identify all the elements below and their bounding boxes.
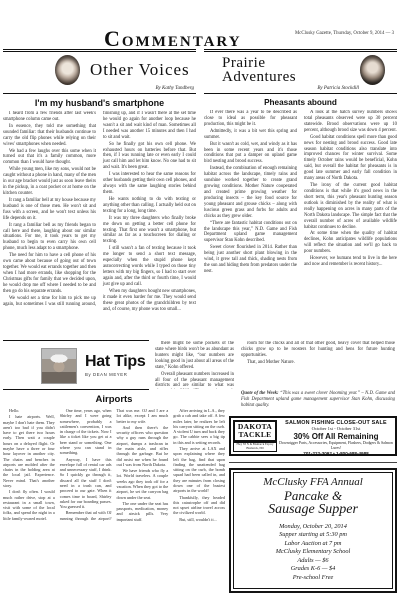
- ad-dakota-tackle: DAKOTA TACKLE Hwy 83 N & Bismarck Expwy …: [229, 416, 397, 456]
- paragraph: I heard from a few friends after last we…: [3, 111, 96, 123]
- paragraph: At some time when the quality of habitat…: [304, 231, 397, 255]
- paragraph: But it wasn't as cold, wet, and windy as…: [204, 142, 297, 166]
- other-voices-masthead: Other Voices By Kathy Tandberg: [3, 49, 196, 94]
- article-headline: I'm my husband's smartphone: [3, 98, 196, 108]
- ads-column: DAKOTA TACKLE Hwy 83 N & Bismarck Expwy …: [229, 392, 397, 593]
- ad-phone-numbers: 701-222-3092 • 1-800-688-4988: [279, 451, 393, 456]
- ad-title-line: Sausage Supper: [236, 502, 390, 517]
- paragraph: The need for him to have a cell phone of…: [3, 253, 96, 294]
- dakota-address: Hwy 83 N & Bismarck Expwy Bismarck, ND: [233, 442, 277, 452]
- ad-details: Monday, October 20, 2014 Supper starting…: [236, 523, 390, 583]
- paragraph: The one under the seat has passports, me…: [117, 501, 169, 522]
- ad-items: Downrigger Parts, Accessories, Equipment…: [279, 441, 393, 450]
- ad-title-line: McClusky FFA Annual: [236, 477, 390, 489]
- hat-tips-masthead: Hat Tips By DEAN MEYER: [3, 340, 149, 390]
- paragraph: While young men, like my sons, would not…: [3, 167, 96, 197]
- paragraph: But, still, wouldn't it...: [173, 517, 225, 522]
- paragraph: I don't fly often. I would much rather d…: [3, 489, 55, 521]
- paragraph: Anyway, I have this envelope full of ren…: [60, 457, 112, 510]
- article-body: If ever there was a year to be described…: [204, 110, 397, 334]
- masthead-title: Prairie Adventures: [222, 56, 296, 85]
- dateline: McClusky Gazette, Thursday, October 9, 2…: [295, 31, 394, 36]
- article-headline: Airports: [3, 394, 225, 405]
- masthead-title: Other Voices: [90, 62, 190, 78]
- ad-offer: 30% Off All Remaining: [279, 432, 393, 441]
- paragraph: If ever there was a year to be described…: [204, 110, 297, 128]
- bottom-band: Airports Hello.I hate airports. Well, ma…: [3, 392, 397, 593]
- paragraph: The irony of the current good habitat co…: [304, 183, 397, 230]
- paragraph: “There are fantastic habitat conditions …: [204, 221, 297, 245]
- paragraph: He wants nothing to do with texting or a…: [103, 197, 196, 215]
- feature-other-voices: Other Voices By Kathy Tandberg I'm my hu…: [3, 49, 196, 335]
- paragraph: room for the chicks and all of that othe…: [241, 341, 395, 359]
- paragraph: A look at the hatch survey numbers shows…: [304, 110, 397, 134]
- pheasants-end-column: room for the chicks and all of that othe…: [237, 340, 397, 390]
- paragraph: After arriving in L.A., they grab a cab …: [173, 408, 225, 445]
- paragraph: Overall pheasant numbers increased in al…: [155, 372, 234, 389]
- paragraph: That, and Mother Nature.: [241, 360, 395, 366]
- ad-mcclusky-ffa-supper: McClusky FFA Annual Pancake & Sausage Su…: [229, 468, 397, 593]
- prairie-adventures-masthead: Prairie Adventures By Patricia Stockdill: [204, 49, 397, 94]
- paragraph: However, we humans tend to live in the h…: [304, 256, 397, 268]
- newspaper-page: Commentary McClusky Gazette, Thursday, O…: [0, 0, 400, 600]
- paragraph: Hello.: [3, 408, 55, 413]
- paragraph: So he finally got his own cell phone. We…: [103, 142, 196, 172]
- paragraph: Sweet clover flourished in 2014. Rather …: [204, 245, 297, 275]
- article-body: I heard from a few friends after last we…: [3, 111, 196, 335]
- paragraph: I still wasn't a fan of texting because …: [103, 246, 196, 287]
- paragraph: Admittedly, it was a bit wet this spring…: [204, 129, 297, 141]
- paragraph: We had a few laughs over this some when …: [3, 149, 96, 167]
- paragraph: Instead, the combination of enough remai…: [204, 166, 297, 219]
- article-airports: Airports Hello.I hate airports. Well, ma…: [3, 392, 225, 593]
- paragraph: I hate airports. Well, maybe I don't hat…: [3, 414, 55, 488]
- paragraph: It was my three daughters who finally br…: [103, 216, 196, 246]
- columnist-photo-dean: [41, 348, 77, 384]
- paragraph: One time, years ago, when Shirley and I …: [60, 408, 112, 456]
- paragraph: Good habitat conditions spell more than …: [304, 135, 397, 182]
- paragraph: there might be some pockets of the state…: [155, 341, 234, 371]
- byline: By Kathy Tandberg: [5, 86, 194, 91]
- divider-rule: [229, 462, 397, 463]
- paragraph: We have friends who fly a lot. World tra…: [117, 468, 169, 500]
- pheasants-continued-column: there might be some pockets of the state…: [149, 340, 237, 390]
- paragraph: They arrive at LAX and upon explaining w…: [173, 446, 225, 494]
- columnist-photo-kathy: [55, 55, 80, 85]
- top-features-row: Other Voices By Kathy Tandberg I'm my hu…: [3, 49, 397, 335]
- columnist-photo-patricia: [360, 55, 385, 85]
- ad-title-line: Pancake &: [236, 489, 390, 503]
- paragraph: I was interested to hear the same reason…: [103, 172, 196, 196]
- paragraph: Thankfully, they headed this catastrophe…: [173, 495, 225, 516]
- paragraph: It rang a familiar bell at my house beca…: [3, 198, 96, 222]
- feature-prairie-adventures: Prairie Adventures By Patricia Stockdill…: [204, 49, 397, 335]
- logo-text: TACKLE: [237, 431, 273, 439]
- mid-band: Hat Tips By DEAN MEYER there might be so…: [3, 340, 397, 390]
- dakota-tackle-logo: DAKOTA TACKLE Hwy 83 N & Bismarck Expwy …: [233, 420, 277, 452]
- paragraph: When my daughters bought new smartphones…: [103, 289, 196, 313]
- masthead-title: Hat Tips: [85, 354, 145, 370]
- paragraph: It rang a familiar bell as my friends be…: [3, 223, 96, 253]
- byline: By DEAN MEYER: [85, 372, 145, 377]
- byline: By Patricia Stockdill: [206, 86, 359, 91]
- paragraph: And then there's the security officers w…: [117, 425, 169, 467]
- article-body: Hello.I hate airports. Well, maybe I don…: [3, 408, 225, 568]
- article-headline: Pheasants abound: [204, 98, 397, 107]
- paragraph: In essence, they told me something that …: [3, 124, 96, 148]
- ad-dates: October 1st - October 31st: [279, 426, 393, 431]
